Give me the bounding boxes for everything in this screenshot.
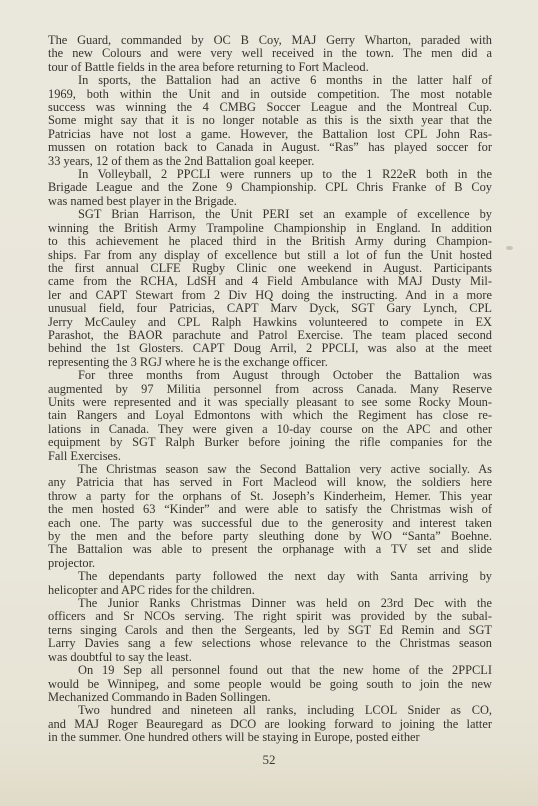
text-line: For three months from August through Oct… (48, 369, 492, 382)
text-block: The Guard, commanded by OC B Coy, MAJ Ge… (48, 34, 492, 745)
text-line: success was winning the 4 CMBG Soccer Le… (48, 101, 492, 114)
text-line: The Guard, commanded by OC B Coy, MAJ Ge… (48, 34, 492, 47)
text-line: Fall Exercises. (48, 450, 492, 463)
text-line: came from the RCHA, LdSH and 4 Field Amb… (48, 275, 492, 288)
text-line: Mechanized Commando in Baden Sollingen. (48, 691, 492, 704)
text-line: augmented by 97 Militia personnel from a… (48, 383, 492, 396)
text-line: 33 years, 12 of them as the 2nd Battalio… (48, 155, 492, 168)
text-line: in the summer. One hundred others will b… (48, 731, 492, 744)
text-line: equipment by SGT Ralph Burker before joi… (48, 436, 492, 449)
text-line: Larry Davies sang a few selections whose… (48, 637, 492, 650)
text-line: On 19 Sep all personnel found out that t… (48, 664, 492, 677)
text-line: The dependants party followed the next d… (48, 570, 492, 583)
page-number: 52 (0, 752, 538, 768)
text-line: helicopter and APC rides for the childre… (48, 584, 492, 597)
text-line: ler and CAPT Stewart from 2 Div HQ doing… (48, 289, 492, 302)
ink-smudge (506, 246, 513, 250)
text-line: The Junior Ranks Christmas Dinner was he… (48, 597, 492, 610)
text-line: and MAJ Roger Beauregard as DCO are look… (48, 718, 492, 731)
text-line: In Volleyball, 2 PPCLI were runners up t… (48, 168, 492, 181)
text-line: projector. (48, 557, 492, 570)
text-line: The Battalion was able to present the or… (48, 543, 492, 556)
text-line: each one. The party was successful due t… (48, 517, 492, 530)
text-line: ships. Far from any display of excellenc… (48, 249, 492, 262)
text-line: winning the British Army Trampoline Cham… (48, 222, 492, 235)
text-line: SGT Brian Harrison, the Unit PERI set an… (48, 208, 492, 221)
text-line: would be Winnipeg, and some people would… (48, 678, 492, 691)
text-line: 1969, both within the Unit and in outsid… (48, 88, 492, 101)
text-line: throw a party for the orphans of St. Jos… (48, 490, 492, 503)
text-line: to this achievement he placed third in t… (48, 235, 492, 248)
text-line: Patricias have not lost a game. However,… (48, 128, 492, 141)
text-line: was doubtful to say the least. (48, 651, 492, 664)
text-line: the men hosted 63 “Kinder” and were able… (48, 503, 492, 516)
text-line: the first annual CLFE Rugby Clinic one w… (48, 262, 492, 275)
text-line: by the men and the before party sleuthin… (48, 530, 492, 543)
text-line: Parashot, the BAOR parachute and Patrol … (48, 329, 492, 342)
text-line: Some might say that it is no longer nota… (48, 114, 492, 127)
text-line: mussen on rotation back to Canada in Aug… (48, 141, 492, 154)
text-line: officers and Sr NCOs serving. The right … (48, 610, 492, 623)
text-line: lations in Canada. They were given a 10-… (48, 423, 492, 436)
text-line: representing the 3 RGJ where he is the e… (48, 356, 492, 369)
text-line: behind the 1st Glosters. CAPT Doug Arril… (48, 342, 492, 355)
text-line: Two hundred and nineteen all ranks, incl… (48, 704, 492, 717)
text-line: Brigade League and the Zone 9 Championsh… (48, 181, 492, 194)
text-line: The Christmas season saw the Second Batt… (48, 463, 492, 476)
text-line: tour of Battle fields in the area before… (48, 61, 492, 74)
text-line: unusual field, four Patricias, CAPT Marv… (48, 302, 492, 315)
text-line: tain Rangers and Loyal Edmontons with wh… (48, 409, 492, 422)
text-line: Jerry McCauley and CPL Ralph Hawkins vol… (48, 316, 492, 329)
text-line: the new Colours and were very well recei… (48, 47, 492, 60)
text-line: was named best player in the Brigade. (48, 195, 492, 208)
text-line: In sports, the Battalion had an active 6… (48, 74, 492, 87)
text-line: terns singing Carols and then the Sergea… (48, 624, 492, 637)
scanned-page: The Guard, commanded by OC B Coy, MAJ Ge… (0, 0, 538, 806)
text-line: Units were represented and it was specia… (48, 396, 492, 409)
text-line: any Patricia that has served in Fort Mac… (48, 476, 492, 489)
